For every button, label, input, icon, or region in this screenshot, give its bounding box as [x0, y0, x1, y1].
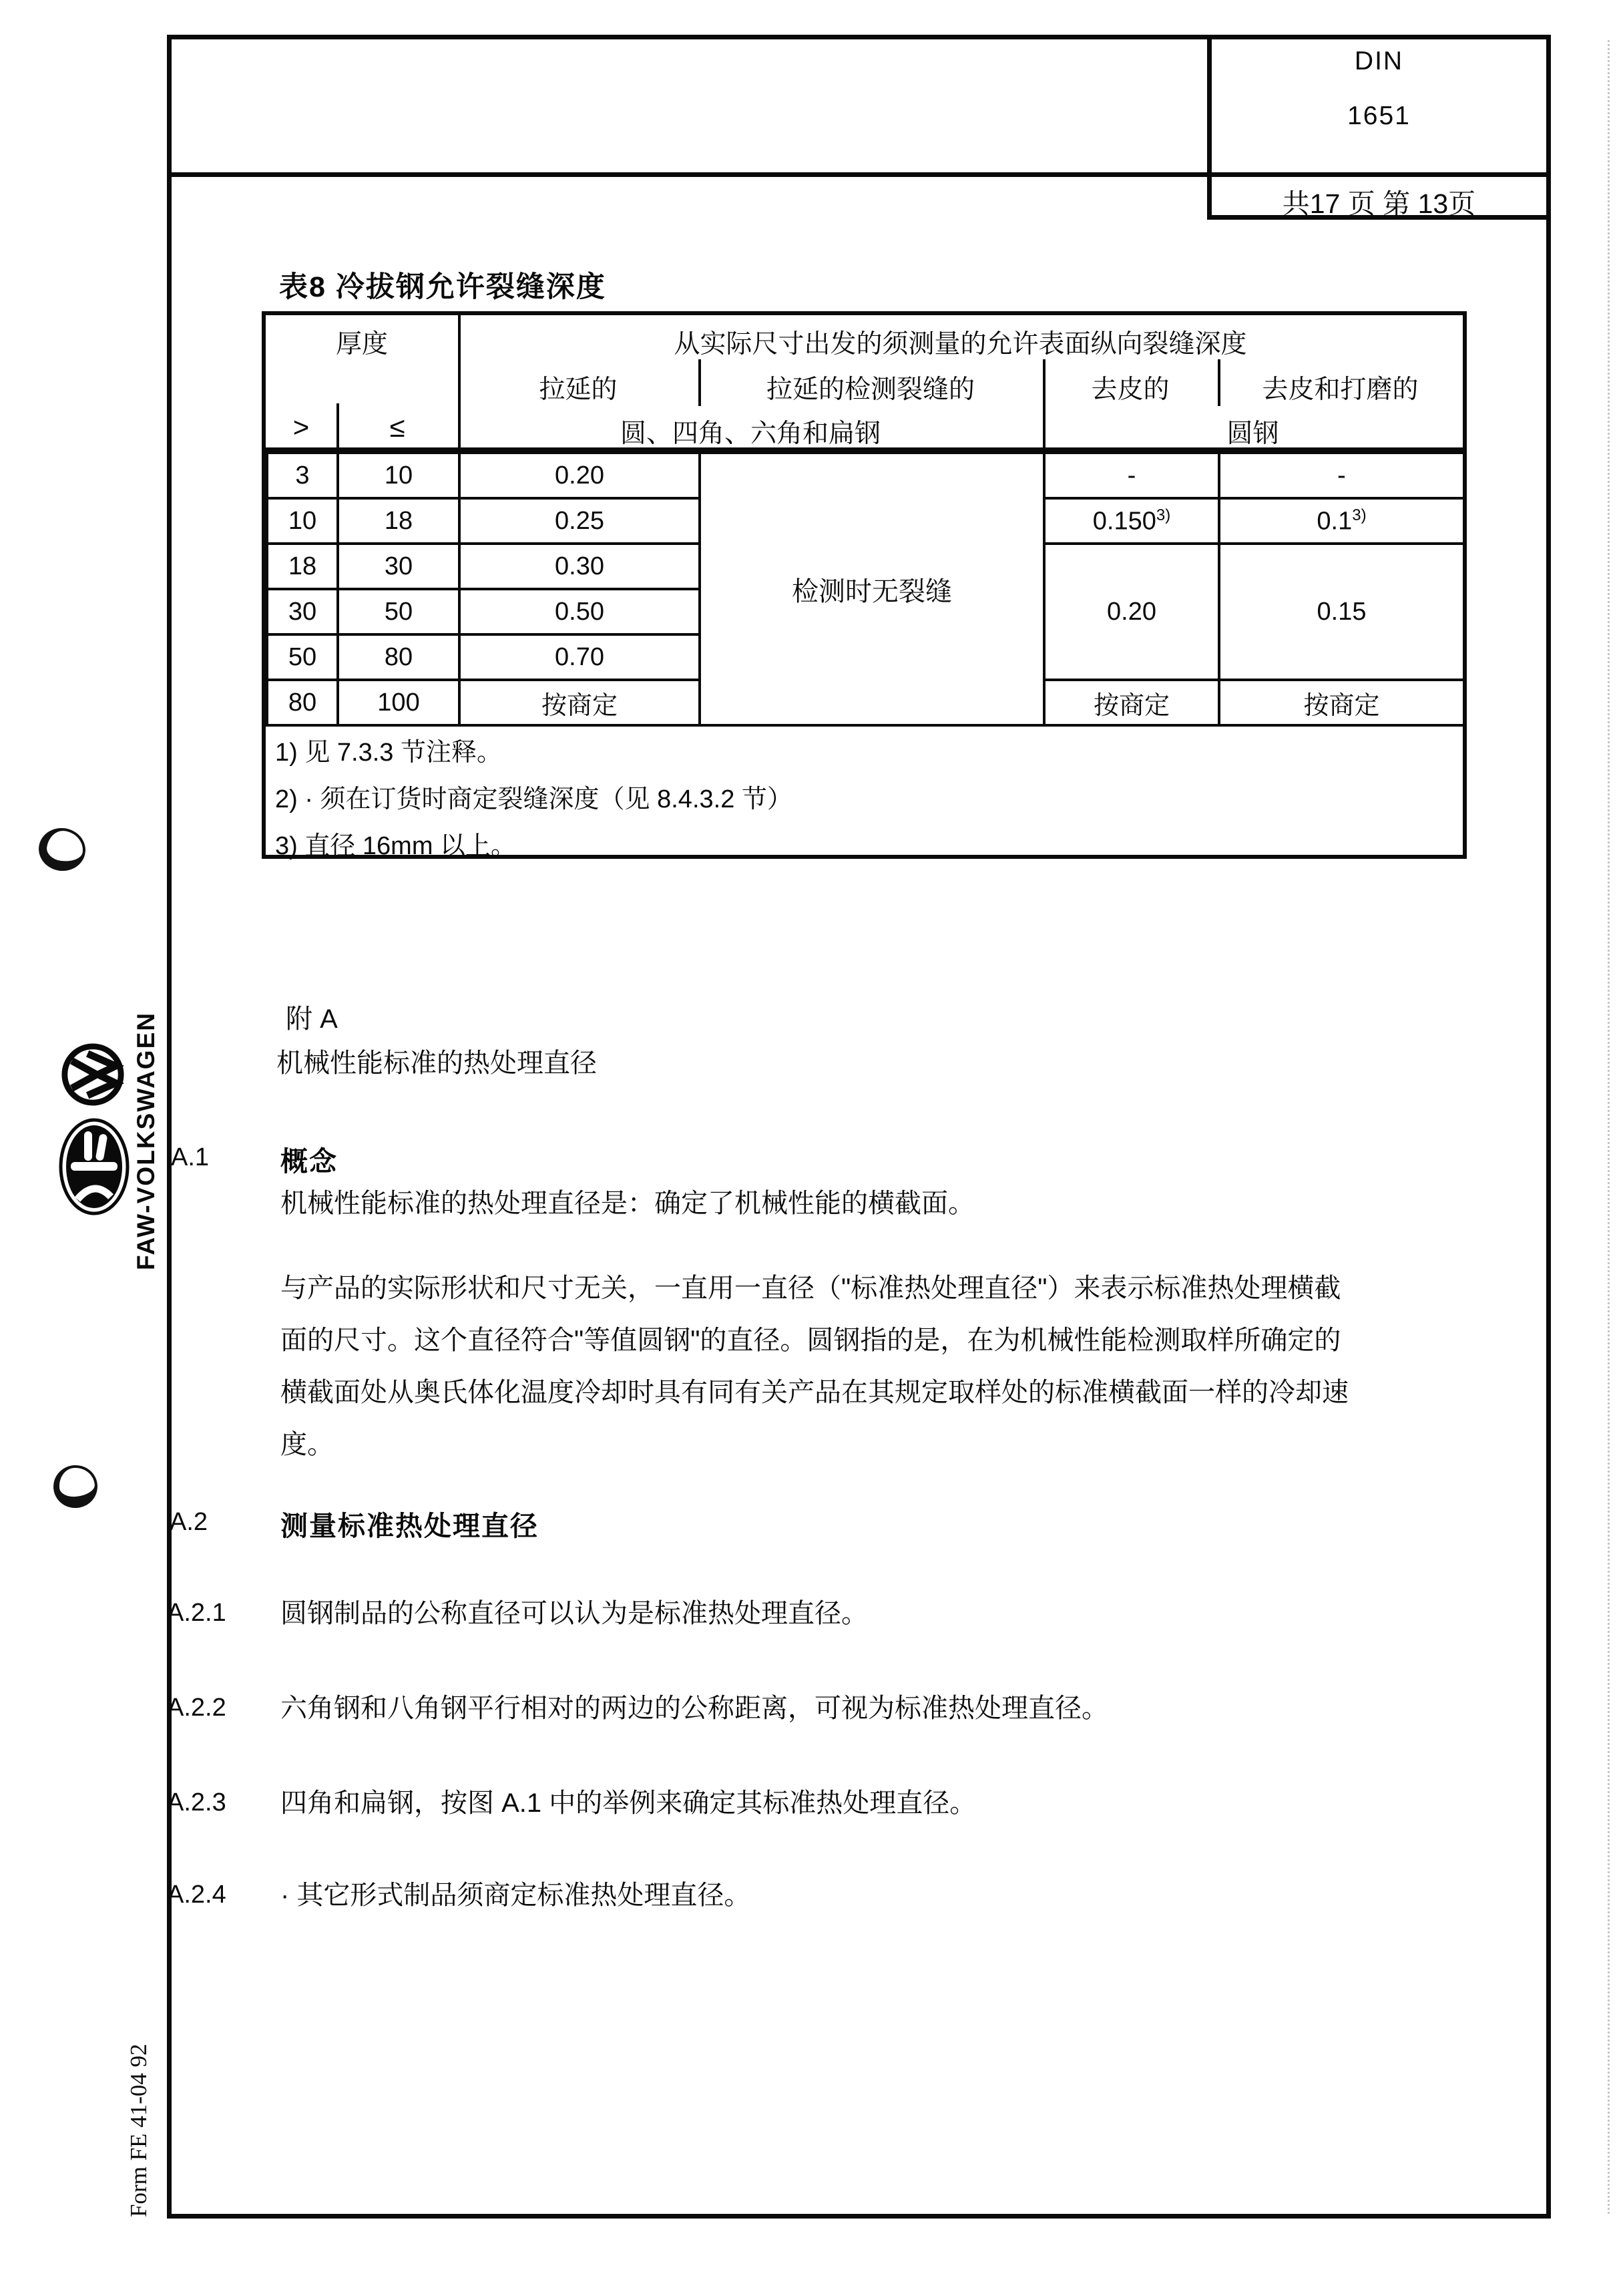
footnote-ref: 3) [1352, 506, 1366, 524]
cell-gt: 80 [267, 680, 338, 725]
cell-drawn: 0.20 [459, 453, 700, 498]
footnote-3: 3) 直径 16mm 以上。 [275, 823, 792, 870]
section-heading-a1: 概念 [280, 1139, 338, 1179]
appendix-title: 机械性能标准的热处理直径 [276, 1046, 597, 1081]
header-divider [1218, 359, 1220, 406]
cell-le: 100 [338, 680, 459, 725]
cell-peeled: 0.1503) [1044, 498, 1219, 544]
cell-le: 30 [338, 544, 459, 589]
col-header-shapes-group2: 圆钢 [1043, 413, 1463, 450]
col-header-greater-than: > [266, 411, 336, 443]
scan-edge-artifact [1608, 40, 1610, 2214]
section-number-a2: A.2 [170, 1508, 208, 1537]
vw-logo-icon [60, 1042, 126, 1107]
scanned-document-page: { "page": { "din_label": "DIN", "din_num… [0, 0, 1619, 2296]
col-header-main: 从实际尺寸出发的须测量的允许表面纵向裂缝深度 [458, 323, 1463, 361]
cell-drawn: 按商定 [459, 680, 700, 725]
table-title: 表8 冷拔钢允许裂缝深度 [279, 264, 606, 305]
col-header-peeled: 去皮的 [1043, 369, 1218, 406]
header-divider [698, 359, 701, 406]
table-row: 3 10 0.20 检测时无裂缝 - - [267, 453, 1464, 498]
section-heading-a2: 测量标准热处理直径 [280, 1504, 539, 1543]
cell-peeled-ground: 按商定 [1219, 680, 1464, 725]
cell-le: 80 [338, 634, 459, 680]
footnote-ref: 3) [1156, 506, 1170, 524]
form-number-vertical-text: Form FE 41-04 92 [126, 2020, 152, 2217]
cell-gt: 3 [267, 453, 338, 498]
hole-punch-mark [36, 825, 88, 874]
section-number-a22: A.2.2 [167, 1694, 226, 1722]
crack-depth-table: 厚度 从实际尺寸出发的须测量的允许表面纵向裂缝深度 拉延的 拉延的检测裂缝的 去… [262, 311, 1467, 859]
cell-le: 18 [338, 498, 459, 544]
section-number-a23: A.2.3 [167, 1788, 226, 1817]
cell-peeled-ground: - [1219, 453, 1464, 498]
footnote-2: 2) · 须在订货时商定裂缝深度（见 8.4.3.2 节） [275, 776, 792, 823]
cell-peeled-merged: 0.20 [1044, 544, 1219, 680]
value: 0.150 [1093, 507, 1156, 535]
header-divider [336, 403, 339, 447]
col-header-drawn-tested: 拉延的检测裂缝的 [698, 369, 1043, 406]
cell-no-crack-merged: 检测时无裂缝 [700, 453, 1044, 725]
cell-le: 50 [338, 589, 459, 634]
cell-peeled-ground: 0.13) [1219, 498, 1464, 544]
header-divider [458, 315, 461, 447]
hole-punch-mark [51, 1463, 99, 1511]
cell-drawn: 0.30 [459, 544, 700, 589]
cell-gt: 18 [267, 544, 338, 589]
cell-le: 10 [338, 453, 459, 498]
cell-gt: 10 [267, 498, 338, 544]
page-count: 共17 页 第 13页 [1207, 182, 1551, 221]
section-number-a24: A.2.4 [167, 1881, 226, 1909]
section-body-a22: 六角钢和八角钢平行相对的两边的公称距离，可视为标准热处理直径。 [280, 1691, 1108, 1726]
header-divider [1043, 359, 1046, 447]
section-number-a1: A.1 [171, 1143, 209, 1172]
value: 0.1 [1317, 507, 1352, 535]
faw-logo-icon [59, 1118, 130, 1215]
section-body-a23: 四角和扁钢，按图 A.1 中的举例来确定其标准热处理直径。 [280, 1786, 976, 1821]
section-body-a1: 机械性能标准的热处理直径是：确定了机械性能的横截面。 [280, 1186, 975, 1221]
col-header-less-equal: ≤ [336, 411, 458, 443]
cell-drawn: 0.25 [459, 498, 700, 544]
cell-gt: 50 [267, 634, 338, 680]
table-data-grid: 3 10 0.20 检测时无裂缝 - - 10 18 0.25 0.1503) … [266, 451, 1465, 727]
cell-peeled-ground-merged: 0.15 [1219, 544, 1464, 680]
din-number: 1651 [1207, 102, 1551, 131]
col-header-drawn: 拉延的 [458, 369, 698, 406]
section-body-a21: 圆钢制品的公称直径可以认为是标准热处理直径。 [280, 1596, 868, 1631]
cell-peeled: 按商定 [1044, 680, 1219, 725]
cell-peeled: - [1044, 453, 1219, 498]
col-header-thickness: 厚度 [266, 323, 458, 361]
col-header-peeled-ground: 去皮和打磨的 [1218, 369, 1463, 406]
col-header-shapes-group1: 圆、四角、六角和扁钢 [458, 413, 1043, 450]
footnote-1: 1) 见 7.3.3 节注释。 [275, 729, 792, 776]
cell-gt: 30 [267, 589, 338, 634]
appendix-paragraph: 与产品的实际形状和尺寸无关，一直用一直径（"标准热处理直径"）来表示标准热处理横… [280, 1262, 1365, 1471]
din-label: DIN [1207, 47, 1551, 76]
cell-drawn: 0.70 [459, 634, 700, 680]
cell-drawn: 0.50 [459, 589, 700, 634]
header-separator-line [167, 172, 1551, 177]
table-footnotes: 1) 见 7.3.3 节注释。 2) · 须在订货时商定裂缝深度（见 8.4.3… [275, 729, 792, 870]
section-body-a24: · 其它形式制品须商定标准热处理直径。 [280, 1878, 750, 1913]
appendix-label: 附 A [286, 1002, 338, 1036]
section-number-a21: A.2.1 [167, 1599, 226, 1628]
brand-vertical-text: FAW-VOLKSWAGEN [132, 1020, 160, 1270]
